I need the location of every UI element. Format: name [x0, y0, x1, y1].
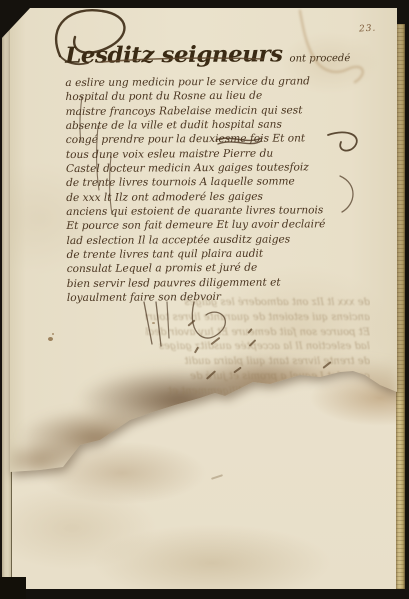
ink-showthrough: de xxx lt Ilz ont admoderé les gaiges an…	[145, 296, 370, 421]
manuscript-page-wrap: 23. Lesditz seigneurs ont procedé a esli…	[10, 8, 397, 478]
showthrough-line: anciens qui estoient de quarante livres …	[197, 311, 370, 326]
backdrop-corner-topright	[397, 0, 409, 24]
showthrough-line: lad eslection Il la acceptée ausditz gai…	[149, 340, 370, 355]
showthrough-line: consulat Lequel a promis et juré de	[155, 370, 370, 385]
ink-bleed-mark	[206, 370, 216, 380]
paper-stain-speck	[152, 322, 155, 324]
showthrough-line: bien servir lesd pauvres diligemment et	[171, 385, 370, 400]
showthrough-line: Et pource son fait demeure Et luy avoir …	[159, 326, 370, 341]
manuscript-photo: 23. Lesditz seigneurs ont procedé a esli…	[0, 0, 409, 599]
text-line: Et pource son fait demeure Et luy avoir …	[66, 217, 366, 233]
descender-stroke	[167, 302, 169, 338]
text-line: loyaulment faire son debvoir	[67, 289, 367, 305]
descender-stroke	[156, 302, 161, 346]
ink-bleed-mark	[247, 328, 252, 334]
body-text: a eslire ung medicin pour le service du …	[65, 74, 367, 306]
ink-bleed-mark	[322, 361, 331, 369]
book-fore-edge	[396, 24, 405, 589]
heading-large-script: Lesditz seigneurs	[65, 41, 282, 68]
paper-stain-speck	[48, 337, 53, 341]
heading-small-script: ont procedé	[289, 53, 350, 67]
closing-loop-flourish	[192, 302, 225, 338]
ink-bleed-mark	[249, 339, 257, 347]
backdrop-right	[405, 0, 409, 599]
ink-bleed-mark	[187, 319, 195, 326]
showthrough-line: de trente livres tant quil plaira audit	[145, 355, 370, 370]
backdrop-corner-bottomleft	[0, 577, 26, 599]
folio-number: 23.	[359, 24, 377, 35]
ink-bleed-mark	[194, 346, 199, 353]
entry-heading: Lesditz seigneurs ont procedé	[65, 37, 365, 69]
manuscript-page: 23. Lesditz seigneurs ont procedé a esli…	[10, 8, 397, 478]
backdrop-bottom	[0, 589, 409, 599]
manuscript-text: Lesditz seigneurs ont procedé a eslire u…	[65, 37, 367, 306]
ink-bleed-mark	[211, 337, 221, 345]
ink-bleed-mark	[233, 367, 242, 374]
showthrough-line: loyaulment faire son debvoir	[203, 400, 370, 415]
descender-stroke	[144, 302, 152, 344]
paper-stain-speck	[52, 333, 54, 335]
backdrop-top	[0, 0, 409, 8]
